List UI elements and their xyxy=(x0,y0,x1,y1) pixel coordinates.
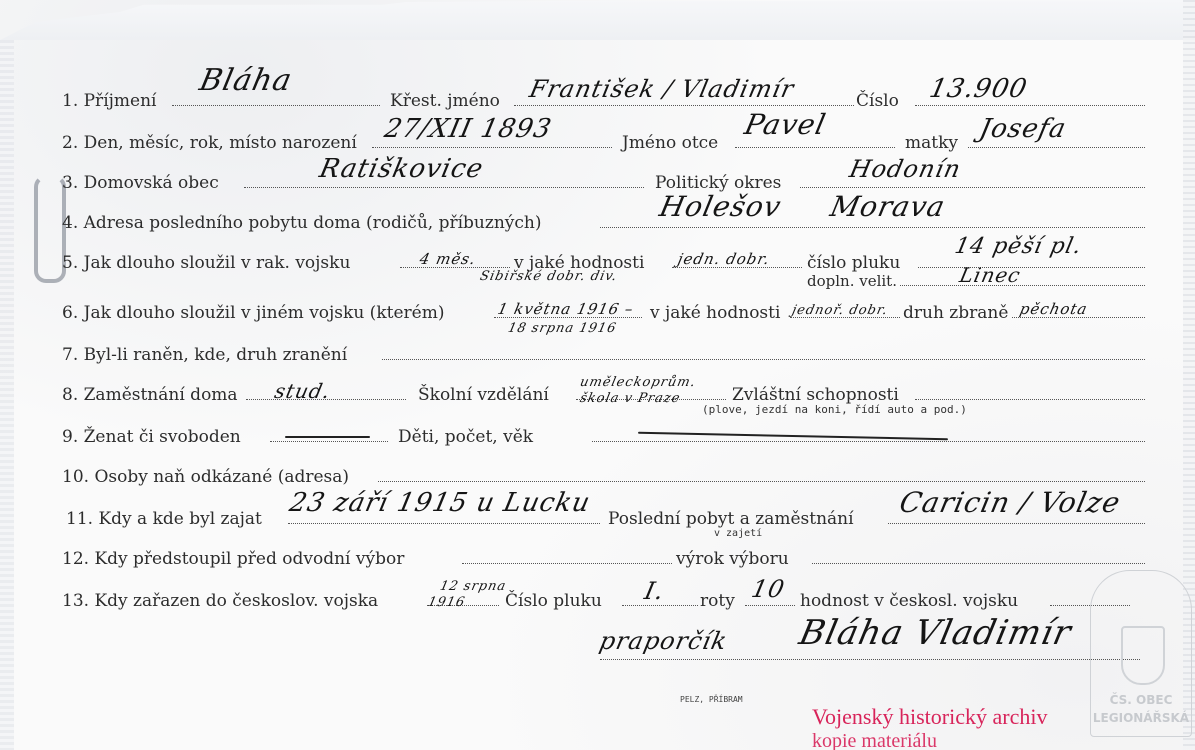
value-other-rank: jednoř. dobr. xyxy=(789,296,891,326)
value-regiment: 14 pěší pl. xyxy=(952,232,1085,262)
skills-hint: (plove, jezdí na koni, řídí auto a pod.) xyxy=(702,403,967,416)
label-verdict: výrok výboru xyxy=(676,544,789,574)
fill-line xyxy=(918,267,1145,268)
fill-line xyxy=(915,105,1145,106)
value-father: Pavel xyxy=(742,110,829,140)
label-other-service: 6. Jak dlouho sloužil v jiném vojsku (kt… xyxy=(62,298,444,328)
value-home: Ratiškovice xyxy=(317,154,487,184)
printer-mark: PELZ, PŘÍBRAM xyxy=(680,695,743,704)
fill-line xyxy=(514,105,854,106)
label-enlisted: 13. Kdy zařazen do českoslov. vojska xyxy=(62,586,378,616)
value-surname: Bláha xyxy=(197,66,295,96)
fill-line xyxy=(745,605,795,606)
value-depot: Linec xyxy=(957,260,1024,290)
label-education: Školní vzdělání xyxy=(418,380,549,410)
stamp-line-2: kopie materiálu xyxy=(812,729,1047,750)
fill-line xyxy=(372,147,612,148)
label-arm: druh zbraně xyxy=(903,298,1008,328)
archive-stamp: Vojenský historický archiv kopie materiá… xyxy=(812,705,1047,750)
fill-line xyxy=(172,105,380,106)
value-austrian-duration: 4 měs. xyxy=(417,244,479,274)
label-wounded: 7. Byl-li raněn, kde, druh zranění xyxy=(62,340,347,370)
left-edge xyxy=(0,40,14,750)
fill-line xyxy=(735,147,895,148)
label-first-name: Křest. jméno xyxy=(390,86,500,116)
value-mother: Josefa xyxy=(977,114,1069,144)
signature-title: praporčík xyxy=(597,626,730,656)
label-company: roty xyxy=(700,586,735,616)
fill-line xyxy=(462,563,672,564)
value-birth-date: 27/XII 1893 xyxy=(382,114,555,144)
label-occupation: 8. Zaměstnání doma xyxy=(62,380,238,410)
value-arm: pěchota xyxy=(1017,294,1091,324)
label-rank-cz: hodnost v česko­sl. vojsku xyxy=(800,586,1018,616)
value-education-line2: škola v Praze xyxy=(577,384,684,414)
fill-line xyxy=(915,399,1145,400)
label-captured: 11. Kdy a kde byl zajat xyxy=(66,504,262,534)
emblem-text-1: ČS. OBEC xyxy=(1091,693,1191,707)
shield-icon xyxy=(1121,626,1165,685)
fill-line xyxy=(592,441,1145,442)
label-address: 4. Adresa posledního pobytu doma (rodičů… xyxy=(62,208,541,238)
value-other-army-note: Sibiřské dobr. div. xyxy=(477,262,620,292)
value-marital-dash xyxy=(285,436,370,438)
label-number: Číslo xyxy=(856,86,899,116)
fill-line xyxy=(900,285,1145,286)
stamp-line-1: Vojenský historický archiv xyxy=(812,704,1047,729)
fill-line xyxy=(600,227,1145,228)
value-captured: 23 září 1915 u Lucku xyxy=(287,488,593,518)
torn-top-edge xyxy=(0,0,1195,40)
value-first-name: František / Vladimír xyxy=(527,74,797,104)
fill-line xyxy=(812,563,1145,564)
scanned-document: 1. Příjmení Bláha Křest. jméno František… xyxy=(0,0,1195,750)
label-home: 3. Domovská obec xyxy=(62,168,219,198)
signature-line xyxy=(600,659,1140,660)
value-district: Hodonín xyxy=(847,154,964,184)
label-surname: 1. Příjmení xyxy=(62,86,156,116)
value-austrian-rank: jedn. dobr. xyxy=(675,244,773,274)
label-marital: 9. Ženat či svoboden xyxy=(62,422,241,452)
label-last-stay-sub: v zajetí xyxy=(714,528,762,539)
value-children-dash xyxy=(638,432,948,440)
fill-line xyxy=(270,441,388,442)
fill-line xyxy=(968,147,1145,148)
label-austrian-service: 5. Jak dlouho sloužil v rak. vojsku xyxy=(62,248,350,278)
signature-name: Bláha Vladimír xyxy=(797,618,1074,648)
value-last-stay: Caricin / Volze xyxy=(897,488,1124,518)
fill-line xyxy=(382,359,1145,360)
label-depot: dopln. velit. xyxy=(807,266,897,296)
label-commission: 12. Kdy předstoupil před odvodní výbor xyxy=(62,544,404,574)
fill-line xyxy=(288,523,600,524)
fill-line xyxy=(378,481,1145,482)
label-regiment-cz: Číslo pluku xyxy=(505,586,602,616)
label-children: Děti, počet, věk xyxy=(398,422,533,452)
value-enlisted-year: 1916 xyxy=(425,588,468,618)
value-company: 10 xyxy=(749,574,788,604)
fill-line xyxy=(800,187,1145,188)
value-number: 13.900 xyxy=(927,74,1030,104)
label-father: Jméno otce xyxy=(622,128,718,158)
label-birth: 2. Den, měsíc, rok, místo narození xyxy=(62,128,357,158)
label-other-rank: v jaké hodnosti xyxy=(650,298,780,328)
value-address: Holešov Morava xyxy=(657,192,948,222)
emblem-text-2: LEGIONÁŘSKÁ xyxy=(1091,711,1191,725)
value-occupation: stud. xyxy=(272,376,334,406)
value-regiment-cz: I. xyxy=(642,576,667,606)
fill-line xyxy=(888,523,1145,524)
value-other-duration-end: 18 srpna 1916 xyxy=(505,314,620,344)
fill-line xyxy=(244,187,644,188)
legion-emblem-watermark: ČS. OBEC LEGIONÁŘSKÁ xyxy=(1090,570,1192,737)
